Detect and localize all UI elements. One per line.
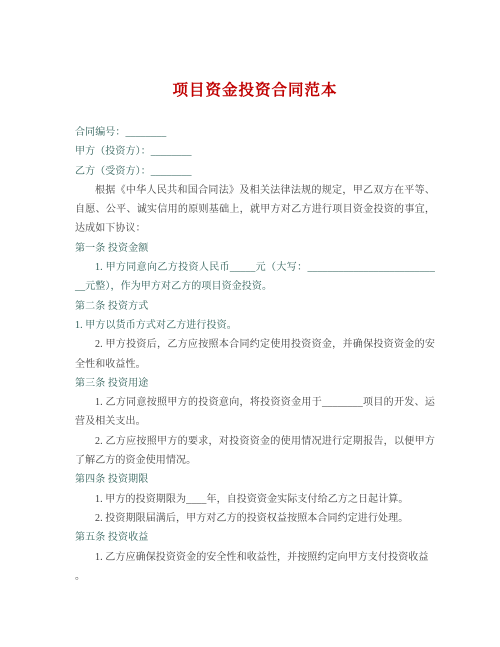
- contract-number-field: 合同编号：________: [75, 123, 435, 142]
- clause-3-heading: 第三条 投资用途: [75, 374, 435, 393]
- clause-4-item-1: 1. 甲方的投资期限为____年，自投资资金实际支付给乙方之日起计算。: [75, 490, 435, 509]
- clause-3-item-1: 1. 乙方同意按照甲方的投资意向，将投资资金用于________项目的开发、运营…: [75, 393, 435, 432]
- document-body: 合同编号：________甲方（投资方）：________乙方（受资方）：___…: [75, 123, 435, 586]
- preamble: 根据《中华人民共和国合同法》及相关法律法规的规定，甲乙双方在平等、自愿、公平、诚…: [75, 181, 435, 239]
- contract-document: 项目资金投资合同范本 合同编号：________甲方（投资方）：________…: [0, 0, 500, 647]
- clause-2-item-1: 1. 甲方以货币方式对乙方进行投资。: [75, 316, 435, 335]
- clause-2-heading: 第二条 投资方式: [75, 297, 435, 316]
- clause-4-heading: 第四条 投资期限: [75, 470, 435, 489]
- party-b-field: 乙方（受资方）：________: [75, 162, 435, 181]
- clause-1-heading: 第一条 投资金额: [75, 239, 435, 258]
- page-title: 项目资金投资合同范本: [75, 78, 435, 100]
- clause-1-item-1: 1. 甲方同意向乙方投资人民币_____元（大写：_______________…: [75, 258, 435, 297]
- clause-5-heading: 第五条 投资收益: [75, 528, 435, 547]
- clause-5-item-1: 1. 乙方应确保投资资金的安全性和收益性，并按照约定向甲方支付投资收益: [75, 548, 435, 567]
- clause-5-item-1-period: 。: [75, 567, 435, 586]
- clause-3-item-2: 2. 乙方应按照甲方的要求，对投资资金的使用情况进行定期报告，以便甲方了解乙方的…: [75, 432, 435, 471]
- party-a-field: 甲方（投资方）：________: [75, 142, 435, 161]
- clause-2-item-2: 2. 甲方投资后，乙方应按照本合同约定使用投资资金，并确保投资资金的安全性和收益…: [75, 335, 435, 374]
- clause-4-item-2: 2. 投资期限届满后，甲方对乙方的投资权益按照本合同约定进行处理。: [75, 509, 435, 528]
